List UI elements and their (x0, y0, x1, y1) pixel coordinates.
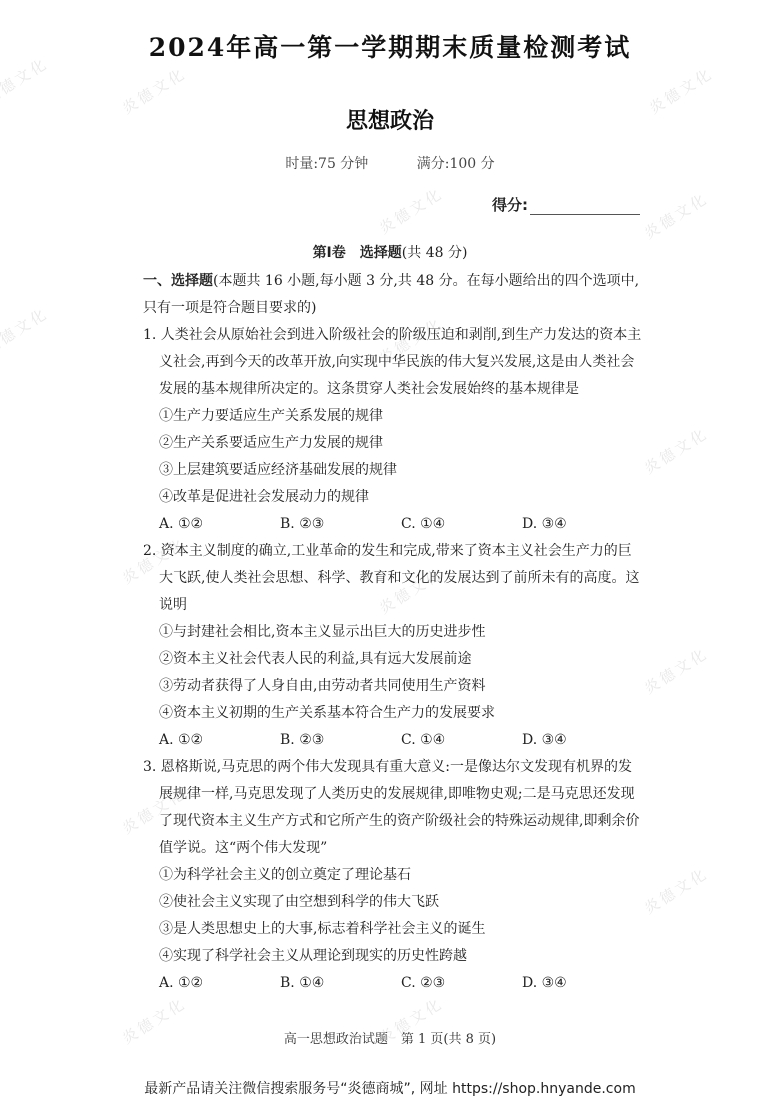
watermark: 炎德文化 (640, 423, 712, 479)
question-stem: 1. 人类社会从原始社会到进入阶级社会的阶级压迫和剥削,到生产力发达的资本主义社… (143, 322, 643, 403)
score-label: 得分: (492, 196, 528, 214)
answer-options: A. ①② B. ②③ C. ①④ D. ③④ (143, 511, 643, 538)
option-a: A. ①② (159, 970, 280, 997)
option-a: A. ①② (159, 727, 280, 754)
option-b: B. ②③ (280, 511, 401, 538)
statement: ①为科学社会主义的创立奠定了理论基石 (143, 862, 643, 889)
watermark: 炎德文化 (0, 303, 52, 359)
time-limit: 时量:75 分钟 (285, 156, 368, 172)
section-title-points: (共 48 分) (402, 245, 468, 261)
promo-note: 最新产品请关注微信搜索服务号“炎德商城”, 网址 https://shop.hn… (0, 1078, 780, 1098)
answer-options: A. ①② B. ②③ C. ①④ D. ③④ (143, 727, 643, 754)
watermark: 炎德文化 (640, 188, 712, 244)
option-d: D. ③④ (522, 727, 643, 754)
exam-subject: 思想政治 (0, 104, 780, 135)
section-title-bold: 第Ⅰ卷 选择题 (313, 245, 402, 261)
score-blank (530, 200, 640, 215)
question-stem: 3. 恩格斯说,马克思的两个伟大发现具有重大意义:一是像达尔文发现有机界的发展规… (143, 754, 643, 862)
exam-title: 2024年高一第一学期期末质量检测考试 (0, 28, 780, 64)
option-d: D. ③④ (522, 970, 643, 997)
question-stem: 2. 资本主义制度的确立,工业革命的发生和完成,带来了资本主义社会生产力的巨大飞… (143, 538, 643, 619)
question-1: 1. 人类社会从原始社会到进入阶级社会的阶级压迫和剥削,到生产力发达的资本主义社… (143, 322, 643, 538)
option-a: A. ①② (159, 511, 280, 538)
full-score: 满分:100 分 (417, 156, 495, 172)
option-d: D. ③④ (522, 511, 643, 538)
option-c: C. ②③ (401, 970, 522, 997)
option-c: C. ①④ (401, 511, 522, 538)
statement: ③上层建筑要适应经济基础发展的规律 (143, 457, 643, 484)
page-footer: 高一思想政治试题 第 1 页(共 8 页) (0, 1028, 780, 1047)
instructions: 一、选择题(本题共 16 小题,每小题 3 分,共 48 分。在每小题给出的四个… (143, 268, 643, 322)
statement: ①生产力要适应生产关系发展的规律 (143, 403, 643, 430)
section-title: 第Ⅰ卷 选择题(共 48 分) (0, 242, 780, 262)
watermark: 炎德文化 (375, 183, 447, 239)
statement: ②使社会主义实现了由空想到科学的伟大飞跃 (143, 889, 643, 916)
option-b: B. ①④ (280, 970, 401, 997)
statement: ④实现了科学社会主义从理论到现实的历史性跨越 (143, 943, 643, 970)
option-b: B. ②③ (280, 727, 401, 754)
option-c: C. ①④ (401, 727, 522, 754)
statement: ②生产关系要适应生产力发展的规律 (143, 430, 643, 457)
score-field: 得分: (492, 194, 640, 215)
watermark: 炎德文化 (640, 863, 712, 919)
statement: ③是人类思想史上的大事,标志着科学社会主义的诞生 (143, 916, 643, 943)
question-2: 2. 资本主义制度的确立,工业革命的发生和完成,带来了资本主义社会生产力的巨大飞… (143, 538, 643, 754)
statement: ②资本主义社会代表人民的利益,具有远大发展前途 (143, 646, 643, 673)
statement: ①与封建社会相比,资本主义显示出巨大的历史进步性 (143, 619, 643, 646)
question-list: 一、选择题(本题共 16 小题,每小题 3 分,共 48 分。在每小题给出的四个… (143, 268, 643, 997)
watermark: 炎德文化 (640, 643, 712, 699)
answer-options: A. ①② B. ①④ C. ②③ D. ③④ (143, 970, 643, 997)
statement: ④资本主义初期的生产关系基本符合生产力的发展要求 (143, 700, 643, 727)
question-3: 3. 恩格斯说,马克思的两个伟大发现具有重大意义:一是像达尔文发现有机界的发展规… (143, 754, 643, 997)
statement: ④改革是促进社会发展动力的规律 (143, 484, 643, 511)
exam-meta: 时量:75 分钟 满分:100 分 (0, 153, 780, 173)
instructions-text: (本题共 16 小题,每小题 3 分,共 48 分。在每小题给出的四个选项中,只… (143, 273, 639, 316)
instructions-bold: 一、选择题 (143, 273, 213, 289)
statement: ③劳动者获得了人身自由,由劳动者共同使用生产资料 (143, 673, 643, 700)
